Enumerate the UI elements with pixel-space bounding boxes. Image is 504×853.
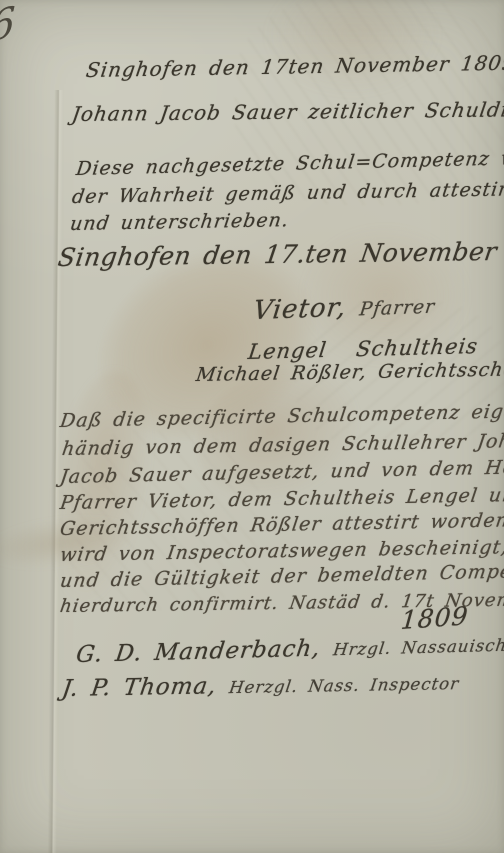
signature-gerichtsschoeffe-title: Gerichtsschöffe: [377, 358, 504, 383]
confirmation-text-1: Daß die specificirte Schulcompetenz eige…: [59, 400, 504, 432]
confirmation-line-1: Daß die specificirte Schulcompetenz eige…: [60, 400, 504, 432]
manuscript-page: 6 Singhofen den 17ten November 1809 Joha…: [0, 0, 504, 853]
signature-inspector-1: G. D. Manderbach, Hrzgl. Nassauisch. Ins…: [76, 628, 504, 668]
signature-pfarrer: Vietor, Pfarrer: [253, 290, 436, 326]
attestation-line-2: der Wahrheit gemäß und durch attestirt: [72, 178, 504, 208]
place-dateline-text: Singhofen den 17.ten November 1809: [56, 236, 504, 272]
confirmation-line-4: Pfarrer Vietor, dem Schultheis Lengel un…: [60, 484, 504, 514]
place-dateline-heading: Singhofen den 17.ten November 1809: [58, 236, 504, 272]
attestation-text-2: der Wahrheit gemäß und durch attestirt: [71, 178, 504, 208]
confirmation-text-3: Jacob Sauer aufgesetzt, und von dem Herr…: [59, 456, 504, 488]
confirmation-text-4: Pfarrer Vietor, dem Schultheis Lengel un…: [59, 484, 504, 514]
confirmation-text-2: händig von dem dasigen Schullehrer Johan…: [61, 429, 504, 460]
confirmation-line-3: Jacob Sauer aufgesetzt, und von dem Herr…: [60, 456, 504, 488]
signature-schultheis-name: Lengel: [247, 338, 329, 364]
stain-top-right: [265, 0, 440, 95]
signature-schultheis-title: Schultheis: [355, 334, 480, 361]
signature-gerichtsschoeffe-name: Michael Rößler,: [195, 361, 369, 386]
attestation-text-1: Diese nachgesetzte Schul=Competenz wird: [75, 146, 504, 180]
signature-inspector-1-title: Hrzgl. Nassauisch. Inspector: [332, 633, 504, 659]
signature-inspector-2-name: J. P. Thoma,: [60, 673, 218, 702]
signature-gerichtsschoeffe: Michael Rößler, Gerichtsschöffe: [196, 358, 504, 386]
confirmation-line-2: händig von dem dasigen Schullehrer Johan…: [62, 429, 504, 460]
top-dateline: Singhofen den 17ten November 1809: [86, 51, 504, 82]
top-dateline-text: Singhofen den 17ten November 1809: [85, 50, 504, 82]
attestation-text-3: und unterschrieben.: [69, 209, 291, 235]
signature-inspector-2: J. P. Thoma, Herzgl. Nass. Inspector: [62, 669, 459, 702]
corner-flourish-glyph: 6: [0, 0, 16, 52]
attestation-line-1: Diese nachgesetzte Schul=Competenz wird: [76, 146, 504, 180]
attestation-line-3: und unterschrieben.: [70, 209, 289, 235]
confirmation-line-5: Gerichtsschöffen Rößler attestirt worden…: [60, 509, 504, 540]
signature-inspector-2-title: Herzgl. Nass. Inspector: [228, 674, 461, 697]
confirmation-year-text: 1809: [400, 601, 470, 635]
writer-signature-text: Johann Jacob Sauer zeitlicher Schuldiene…: [70, 97, 504, 126]
confirmation-year: 1809: [400, 601, 469, 635]
signature-inspector-1-name: G. D. Manderbach,: [75, 636, 323, 668]
signature-pfarrer-name: Vietor,: [252, 293, 349, 326]
corner-ink-flourish: 6: [0, 0, 18, 51]
confirmation-text-5: Gerichtsschöffen Rößler attestirt worden…: [59, 509, 504, 540]
writer-signature-line: Johann Jacob Sauer zeitlicher Schuldiene…: [72, 97, 504, 126]
signature-pfarrer-title: Pfarrer: [358, 297, 436, 321]
